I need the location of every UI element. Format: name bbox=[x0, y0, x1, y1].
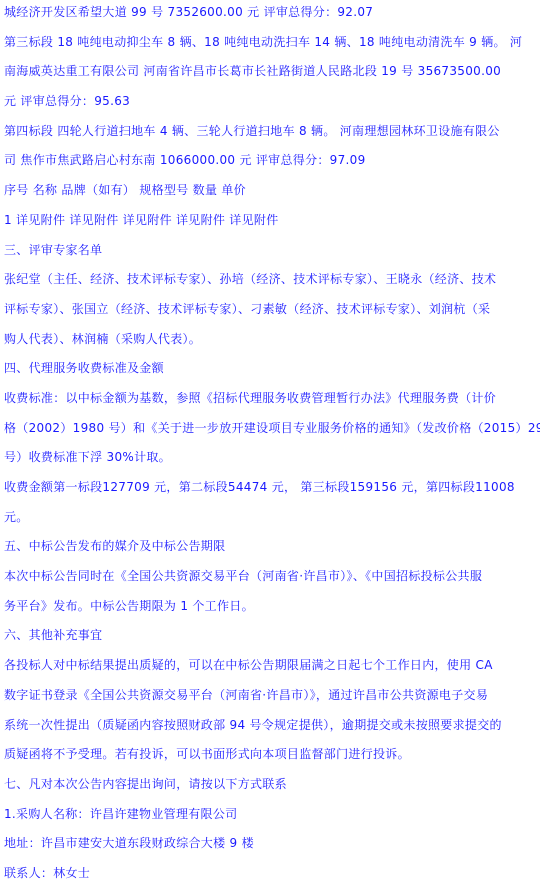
text-line: 质疑函将不予受理。若有投诉，可以书面形式向本项目监督部门进行投诉。 bbox=[4, 740, 540, 770]
announcement-document: 城经济开发区希望大道 99 号 7352600.00 元 评审总得分：92.07… bbox=[0, 0, 540, 889]
section-heading: 七、凡对本次公告内容提出询问，请按以下方式联系 bbox=[4, 770, 540, 800]
text-line: 元 评审总得分：95.63 bbox=[4, 87, 540, 117]
text-line: 南海威英达重工有限公司 河南省许昌市长葛市长社路街道人民路北段 19 号 356… bbox=[4, 57, 540, 87]
text-line: 评标专家）、张国立（经济、技术评标专家）、刁素敏（经济、技术评标专家）、刘润杭（… bbox=[4, 295, 540, 325]
text-line: 第三标段 18 吨纯电动抑尘车 8 辆、18 吨纯电动洗扫车 14 辆、18 吨… bbox=[4, 28, 540, 58]
text-line: 第四标段 四轮人行道扫地车 4 辆、三轮人行道扫地车 8 辆。 河南理想园林环卫… bbox=[4, 117, 540, 147]
text-line: 司 焦作市焦武路启心村东南 1066000.00 元 评审总得分：97.09 bbox=[4, 146, 540, 176]
section-heading: 三、评审专家名单 bbox=[4, 236, 540, 266]
text-line: 数字证书登录《全国公共资源交易平台（河南省·许昌市）》，通过许昌市公共资源电子交… bbox=[4, 681, 540, 711]
text-line: 元。 bbox=[4, 503, 540, 533]
text-line: 联系人：林女士 bbox=[4, 859, 540, 889]
table-row-line: 1 详见附件 详见附件 详见附件 详见附件 详见附件 bbox=[4, 206, 540, 236]
text-line: 收费标准：以中标金额为基数，参照《招标代理服务收费管理暂行办法》代理服务费（计价 bbox=[4, 384, 540, 414]
text-line: 收费金额第一标段127709 元，第二标段54474 元， 第三标段159156… bbox=[4, 473, 540, 503]
text-line: 城经济开发区希望大道 99 号 7352600.00 元 评审总得分：92.07 bbox=[4, 0, 540, 28]
text-line: 1.采购人名称：许昌许建物业管理有限公司 bbox=[4, 800, 540, 830]
text-line: 张纪堂（主任、经济、技术评标专家）、孙培（经济、技术评标专家）、王晓永（经济、技… bbox=[4, 265, 540, 295]
text-line: 系统一次性提出（质疑函内容按照财政部 94 号令规定提供），逾期提交或未按照要求… bbox=[4, 711, 540, 741]
text-line: 格（2002）1980 号）和《关于进一步放开建设项目专业服务价格的通知》（发改… bbox=[4, 414, 540, 444]
section-heading: 六、其他补充事宜 bbox=[4, 621, 540, 651]
text-line: 各投标人对中标结果提出质疑的，可以在中标公告期限届满之日起七个工作日内，使用 C… bbox=[4, 651, 540, 681]
table-header-line: 序号 名称 品牌（如有） 规格型号 数量 单价 bbox=[4, 176, 540, 206]
text-line: 购人代表）、林润楠（采购人代表）。 bbox=[4, 325, 540, 355]
section-heading: 四、代理服务收费标准及金额 bbox=[4, 354, 540, 384]
text-line: 地址：许昌市建安大道东段财政综合大楼 9 楼 bbox=[4, 829, 540, 859]
text-line: 务平台》发布。中标公告期限为 1 个工作日。 bbox=[4, 592, 540, 622]
text-line: 号）收费标准下浮 30%计取。 bbox=[4, 443, 540, 473]
section-heading: 五、中标公告发布的媒介及中标公告期限 bbox=[4, 532, 540, 562]
text-line: 本次中标公告同时在《全国公共资源交易平台（河南省·许昌市）》、《中国招标投标公共… bbox=[4, 562, 540, 592]
